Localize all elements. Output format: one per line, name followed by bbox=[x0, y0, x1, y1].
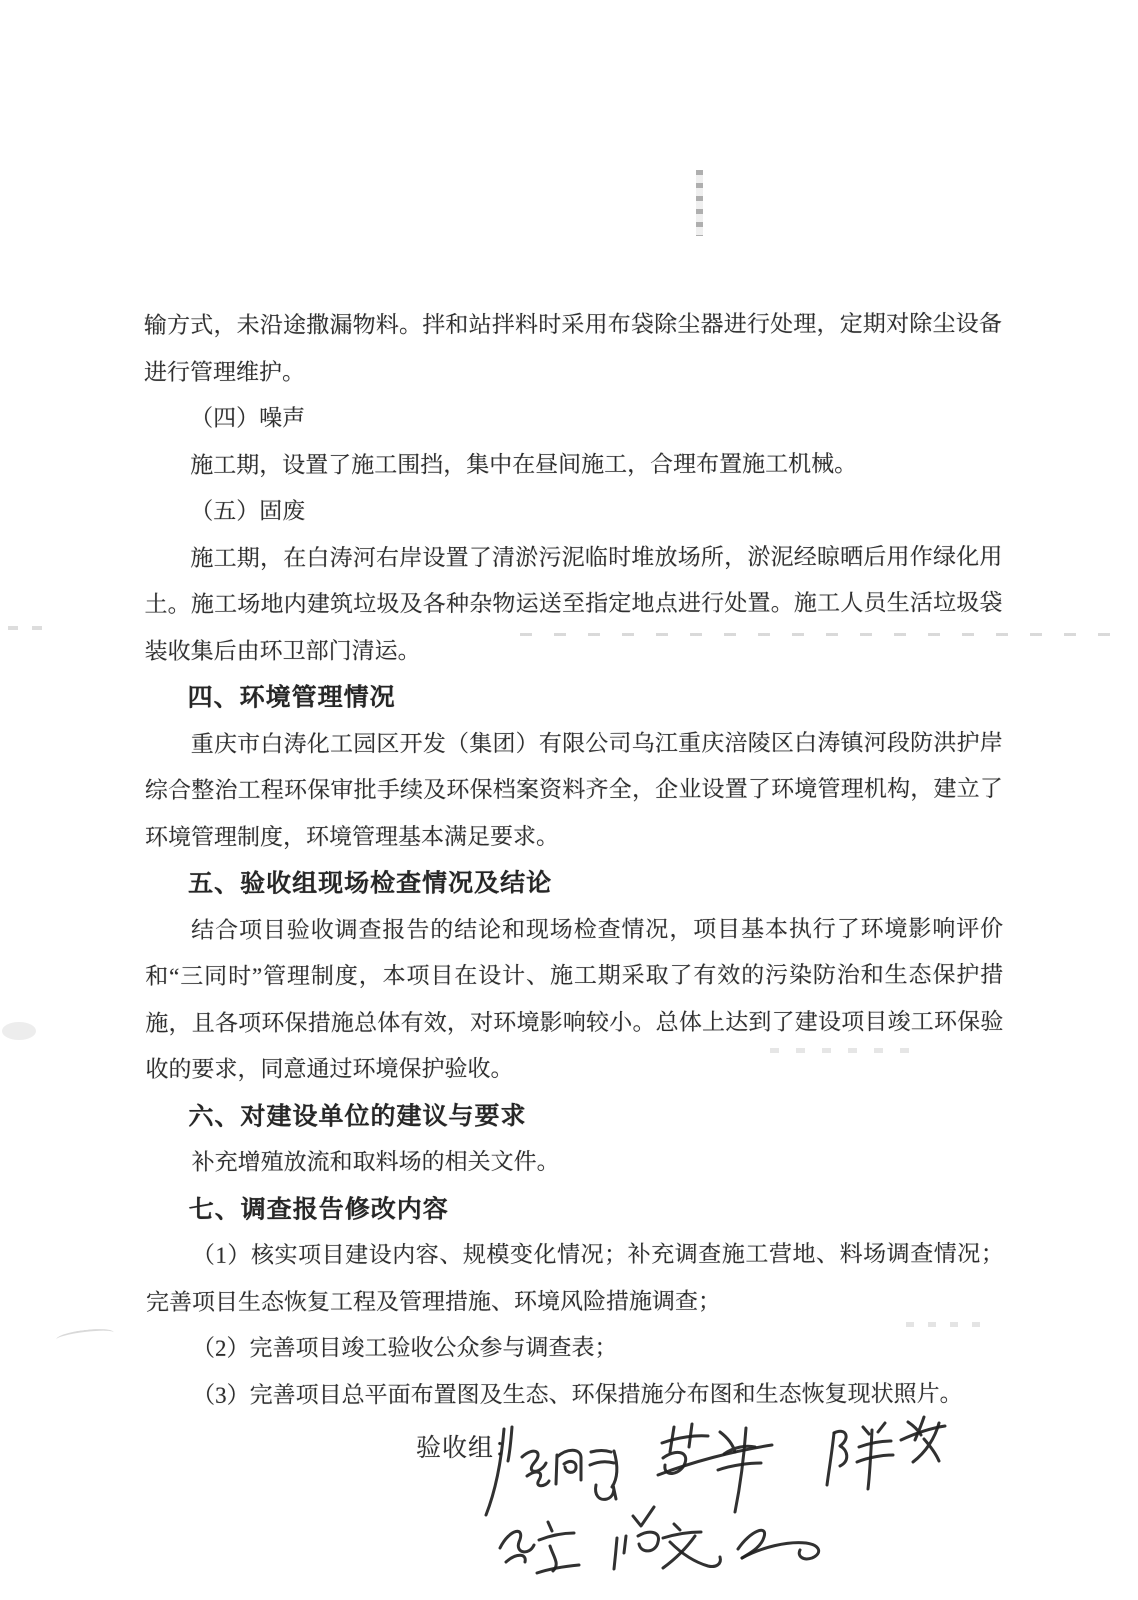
signature-section: 验收组： bbox=[0, 1395, 1138, 1600]
paragraph-conclusion: 结合项目验收调查报告的结论和现场检查情况，项目基本执行了环境影响评价和“三同时”… bbox=[145, 906, 1003, 1094]
paragraph-noise: 施工期，设置了施工围挡，集中在昼间施工，合理布置施工机械。 bbox=[144, 441, 1002, 489]
subheading-noise: （四）噪声 bbox=[144, 394, 1002, 442]
heading-suggestions: 六、对建设单位的建议与要求 bbox=[145, 1092, 1003, 1140]
document-body: 输方式，未沿途撒漏物料。拌和站拌料时采用布袋除尘器进行处理，定期对除尘设备进行管… bbox=[144, 301, 1004, 1419]
handwritten-signature-2 bbox=[658, 1424, 772, 1512]
heading-report-revisions: 七、调查报告修改内容 bbox=[146, 1185, 1004, 1233]
heading-env-management: 四、环境管理情况 bbox=[145, 673, 1003, 721]
handwritten-signature-5 bbox=[614, 1507, 720, 1569]
handwritten-signatures bbox=[400, 1395, 1100, 1600]
handwritten-signature-4 bbox=[500, 1522, 579, 1573]
handwritten-signature-3 bbox=[827, 1417, 945, 1489]
handwritten-signature-1 bbox=[486, 1427, 617, 1515]
scan-artifact bbox=[2, 1022, 36, 1040]
paragraph-dust-control-continued: 输方式，未沿途撒漏物料。拌和站拌料时采用布袋除尘器进行处理，定期对除尘设备进行管… bbox=[144, 301, 1002, 396]
scan-artifact bbox=[8, 626, 54, 630]
heading-inspection-conclusion: 五、验收组现场检查情况及结论 bbox=[145, 859, 1003, 907]
paragraph-revision-1: （1）核实项目建设内容、规模变化情况；补充调查施工营地、料场调查情况；完善项目生… bbox=[146, 1231, 1004, 1326]
paragraph-env-management: 重庆市白涛化工园区开发（集团）有限公司乌江重庆涪陵区白涛镇河段防洪护岸综合整治工… bbox=[145, 720, 1003, 861]
scan-artifact bbox=[696, 170, 703, 236]
handwritten-signature-6 bbox=[738, 1530, 819, 1559]
paragraph-revision-2: （2）完善项目竣工验收公众参与调查表； bbox=[146, 1324, 1004, 1372]
subheading-solid-waste: （五）固废 bbox=[144, 487, 1002, 535]
scan-artifact bbox=[55, 1327, 114, 1346]
paragraph-solid-waste: 施工期，在白涛河右岸设置了清淤污泥临时堆放场所，淤泥经晾晒后用作绿化用土。施工场… bbox=[144, 534, 1002, 675]
scanned-document-page: 输方式，未沿途撒漏物料。拌和站拌料时采用布袋除尘器进行处理，定期对除尘设备进行管… bbox=[0, 0, 1138, 1600]
paragraph-suggestions: 补充增殖放流和取料场的相关文件。 bbox=[146, 1138, 1004, 1186]
